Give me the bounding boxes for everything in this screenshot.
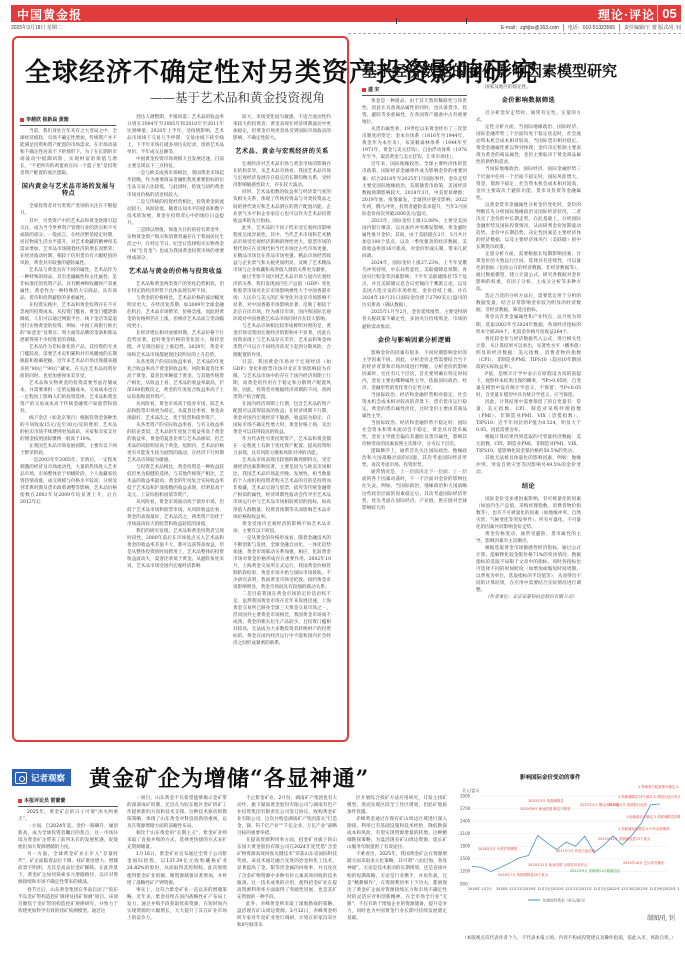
bottom-article-headline: 黄金矿企为增储“各显神通” <box>89 762 369 793</box>
paragraph: 逻辑顺序上，通常首先关注国际政治、地缘政治和大国战略层面的问题，其次考虑国际经济… <box>362 448 467 469</box>
svg-text:2019年 12月31日: 2019年 12月31日 <box>524 886 553 891</box>
paragraph: 从各类资产的实际收益率看，与名义收益率的结论类似，艺术品的年度复合收益率高于黄金… <box>127 422 224 464</box>
paragraph: 相比于山东黄金的“长期主义”，紫金矿业则采取了直接并购的方式，选择更快捷的方式来… <box>127 830 227 851</box>
svg-text:1500: 1500 <box>460 856 471 861</box>
paragraph: 二是目前我国在黄金市场的定价话语权不足。虽然我国黄金市场在近年来发展迅速，上海黄… <box>233 591 331 647</box>
byline-text: 盛 宋 <box>368 87 379 93</box>
chart-legend: 伦敦现货黄金（美元/盎司） <box>528 897 587 902</box>
newspaper-logo: 中国黄金报 <box>17 6 82 23</box>
bottom-article-byline: 本报评论员 雷蕾蕾 <box>18 797 65 804</box>
divider-tick <box>466 18 467 24</box>
side-article-col-2: 国家及地区的稳定性。金价影响数据筛选近分析金价走势时，通常有定性、定量的方式。定… <box>476 84 581 740</box>
byline-rule <box>18 806 118 807</box>
svg-text:900: 900 <box>460 881 468 886</box>
paragraph: P值，是统计计学中表示在原假设为真的前提下，观察样本结果出现的概率，当P>0.0… <box>476 371 581 399</box>
paragraph: 与投资艺术品相比，黄金投资是一种收益较低但更为稳健的选择。与其他传统资产相比，艺… <box>127 464 224 499</box>
paragraph: 艺术品和实物黄金的投资需要考虑存储成本，并需要承担一定的运输成本。交易成本也在一… <box>20 380 117 415</box>
chart-credit: 制图/孔 钊 <box>647 913 675 922</box>
paragraph: 与艺术品市场相比较形成鲜明对照的是，黄金市场受我国宏观经济的影响并不显著，因此在… <box>233 323 331 358</box>
paragraph: 通常情况是，上一层面决定下一层面；上一层面的各个因素动荡时，下一个层面对金价的影… <box>362 469 467 511</box>
svg-text:2019年12月 新冠疫情 全球经济受冲击: 2019年12月 新冠疫情 全球经济受冲击 <box>528 862 588 867</box>
paragraph: 艺术品作为非标准化的产品，其投资的专业门槛较高，需要艺术史积累和对市场潮流的长期… <box>20 344 117 379</box>
paragraph: 2025年1月至2月，金价延续涨势，主要受特朗普关税政策不确定性、多国央行持续购… <box>362 309 467 330</box>
section-heading: 国内黄金与艺术品市场的发展与特点 <box>20 183 117 197</box>
paragraph: 当国际地缘政治、国际经济、国际金融形势三个层面中任何一个层面不稳定时，国际风险增… <box>476 166 581 201</box>
svg-text:1.特朗普关税政策不确定 2.多国央行持续购金: 1.特朗普关税政策不确定 2.多国央行持续购金 <box>638 784 680 789</box>
red-square-icon <box>20 118 24 122</box>
paragraph: 根据选取黄金市场敏感性经济指标，通过公式计算，能解释化较金银价格71%的变动情况… <box>476 545 581 594</box>
red-square-icon <box>362 88 366 92</box>
paragraph: 一是从黄金的价格形成看，随着金融技术的不断创新与发展，全球金融自由化、一体化趋势… <box>233 535 331 591</box>
svg-text:2023年 12月29日: 2023年 12月29日 <box>636 886 665 891</box>
svg-text:2021年1月 拜登当选总统: 2021年1月 拜登当选总统 <box>556 848 596 853</box>
section-heading: 金价与影响因素分析逻辑 <box>362 337 467 344</box>
tag-label: 记者观察 <box>31 772 65 784</box>
paragraph: 区开展综合找矿方法应用研究，开发主找矿模型，进而实现区段全工作区规划，但此矿地质… <box>347 795 447 816</box>
paragraph: 以黄金货币金融属性分析金价变化时，金价的判断首先分析国际地缘政治及国际经济状况，… <box>476 202 581 251</box>
svg-text:1.美联储降息75个基点 2.美国大选引发市场担忧: 1.美联储降息75个基点 2.美国大选引发市场担忧 <box>618 794 680 799</box>
paragraph: 作为代表性另类投资资产，艺术品和黄金都在一定程度上有助于优化资产配置、提高投资组… <box>233 436 331 457</box>
main-article-col-3: 较大，市场变化较为敏感，不适合流动性约束较大的投资者；黄金表现在经济周期波动中更… <box>233 114 331 741</box>
section-title: 理论·评论 <box>598 6 655 23</box>
svg-text:2022年 12月30日: 2022年 12月30日 <box>608 886 637 891</box>
svg-text:2023年10月 巴以冲突爆发: 2023年10月 巴以冲突爆发 <box>623 860 665 865</box>
paragraph: 因此，计算结果中需要保留了的自变量有：常量、美元指数、CPI、制造业采购经理指数… <box>476 399 581 434</box>
svg-text:2100: 2100 <box>460 831 471 836</box>
main-article-byline: 李越欣 崔新焱 黄衡 <box>20 116 69 123</box>
paragraph: 定量分析方面，需要根据长短期影响因素，计算金价的大致运行区间。选择具有连续性，可… <box>476 251 581 293</box>
section-heading: 艺术品与黄金的价格与投资收益 <box>127 268 224 275</box>
paragraph: 全球投资者对另类资产类别的关注在不断提升。 <box>20 203 117 217</box>
svg-text:2025年 1月31日: 2025年 1月31日 <box>664 886 680 891</box>
paragraph: 一是与欧美成熟市场相比，我国黄金市场起步较晚，作为重要商品金融化程度重要指标的衍… <box>127 170 224 198</box>
issue-date: 2025年3月18日 星期二 <box>11 24 62 31</box>
svg-text:2022年9月 美联储11次紧缩加息: 2022年9月 美联储11次紧缩加息 <box>570 868 621 873</box>
svg-text:2018年 12月31日: 2018年 12月31日 <box>496 886 525 891</box>
svg-text:1200: 1200 <box>460 869 471 874</box>
paragraph: 此外，赤峰黄金则采取了深地勘探的策略，盘活现有矿山周边资源。3月12日，赤峰黄金… <box>237 901 337 929</box>
masthead-bar: 中国黄金报 理论·评论 05 <box>11 5 681 22</box>
paragraph: 二是与传统的投资经营相比，投资黄金的流动较小，风险较低，随着认知水平的提高和数字… <box>127 199 224 227</box>
reporter-observation-banner: 记者观察 黄金矿企为增储“各显神通” <box>12 762 369 793</box>
paragraph: 根据计算结果得到选取的可变量经济数据：美元指数、CPI、制造业PMI、非制造业P… <box>476 434 581 455</box>
paragraph: 艺术品市场表现出较强的顺周期特点，受宏观经济因素影响显著，主要是因为与欧美市场相… <box>233 457 331 520</box>
paragraph: 从货币属性看，19世纪以来黄金经历了三次货币制度的变迁：金本位体系（1816年至… <box>362 126 467 161</box>
paragraph: 在我国艺术品市场发展初期，主要有以下两个繁荣阶段。 <box>20 443 117 457</box>
paragraph: 三是除以增值、保值为目的的持有黄金外，实物黄金资产购买和消费普遍存在于我国居民生… <box>127 227 224 262</box>
svg-text:1.美联储连续降息 2.中东局势紧张: 1.美联储连续降息 2.中东局势紧张 <box>618 826 670 831</box>
svg-text:2021年 12月31日: 2021年 12月31日 <box>580 886 609 891</box>
paragraph: 宏观经济对艺术品市场与黄金市场的影响存在结构差异。从艺术品市场看，我国艺术品市场… <box>233 161 331 189</box>
svg-text:伦敦现货黄金（美元/盎司）: 伦敦现货黄金（美元/盎司） <box>543 897 587 902</box>
paragraph: 一是2003年至2005年，非典后，一定程度刺激的经济及市场流动性，大量的热钱进… <box>20 457 117 506</box>
contact-line: E-mail：zghjbs@163.com 电话：010-51323565 责任… <box>497 24 681 31</box>
paragraph: 事实上，这符合紫金矿业一直以来的增储策略，近年来，紫金持续在国内战略性矿产布局上… <box>127 887 227 922</box>
paragraph: 在经济增长相对放缓时期，艺术品价格下行趋势显著，此时黄金价格的变化较小，保持坚挺… <box>127 330 224 358</box>
paragraph: 在投资实践中，艺术品和黄金投资存在不可忽视的投资成本。从投资门槛看，黄金门槛逐渐… <box>20 302 117 344</box>
bottom-article-col-1: 2025年，黄金矿企的日子可谓“冰火两重天”。一方面，自2024年起，金价一路飙… <box>18 809 118 959</box>
main-article-subtitle: ——基于艺术品和黄金投资视角 <box>150 88 325 106</box>
svg-text:2023年3月 美国银行危机: 2023年3月 美国银行危机 <box>608 802 648 807</box>
paragraph: 春节过后，山东黄金集团在华南启动了“胶东半岛金矿带构造控矿规律及找矿预测”项目。… <box>18 887 118 915</box>
paragraph: 通过考察不同区域艺术品市场与国内宏观经济的关系，我们发现国内生产总值（GDP）变… <box>233 274 331 323</box>
page-number: 05 <box>657 5 681 22</box>
svg-text:2700: 2700 <box>460 806 471 811</box>
paragraph: 近分析金价走势时，通常有定性、定量的方式。 <box>476 110 581 124</box>
paragraph: 黄金价格变动，通常受避险、货币属性的主导，影响因素有主次顺序。 <box>476 531 581 545</box>
svg-text:2400: 2400 <box>460 818 471 823</box>
phone: 电话：010-51323565 <box>563 24 615 31</box>
paragraph: 其中，另类资产中的艺术品和黄金逐渐引起关注，成为当今世界资产管理行业的热点和不可… <box>20 218 117 267</box>
paragraph: 近年来，国际地缘政治、全球主要经济体的货币政策、国际经济金融事件成为影响金价的重… <box>362 161 467 217</box>
paragraph: 黄金受国内宏观经济的影响不如艺术品市场，主要有以下原因。 <box>233 521 331 535</box>
paragraph: 2025年，黄金矿企的日子可谓“冰火两重天”。 <box>18 809 118 823</box>
paragraph: 到达人调整期，平缓回落；艺术品的收益率分别在2004年至2005年和2010年至… <box>127 114 224 156</box>
byline-text: 李越欣 崔新焱 黄衡 <box>26 117 69 123</box>
main-article-col-1: 当前，我们身处百年未有之大变局之中，全球经济疲软，市场不确定性增加，传统资产并不… <box>20 128 117 741</box>
magnifier-doc-icon <box>15 772 27 784</box>
side-article-col-1: 黄金是一种商品，由于其天然的稀缺性与珍贵性，因此在具备商品属性的同时，也具备货币… <box>362 98 467 740</box>
svg-text:2018年7月 美联储降息25个基点: 2018年7月 美联储降息25个基点 <box>498 872 549 877</box>
divider-tick <box>396 18 397 24</box>
paragraph: 选定合适的分析方法后，需要选定用于分析的数据变量，结合日常影响金价较为明显的经济… <box>476 293 581 314</box>
svg-text:2020年 12月31日: 2020年 12月31日 <box>552 886 581 891</box>
paragraph: 在国内经济周期上行期，包含艺术品的资产配置可以获得较高的收益；在经济周期下行期，… <box>233 401 331 436</box>
email: E-mail：zghjbs@163.com <box>497 24 559 31</box>
byline-text: 本报评论员 雷蕾蕾 <box>24 798 65 804</box>
svg-text:2018年 1月2日: 2018年 1月2日 <box>468 886 492 891</box>
paragraph: 从各类资产的实际收益率看，艺术品的年度复合收益率高于黄金的收益率，风险和夏普比率… <box>127 359 224 401</box>
svg-text:1800: 1800 <box>460 844 471 849</box>
paragraph: 黄金是一种商品，由于其天然的稀缺性与珍贵性，因此在具备商品属性的同时，也具备货币… <box>362 98 467 126</box>
paragraph: 当国际政治、经济和金融形势不稳定时，国际社会资本和资本流动会不稳定，黄金具有货币… <box>362 420 467 448</box>
paragraph: 2023年，国际金价上涨13.08%，主要受美国国内银行爆雷，以及加沙冲突爆发影… <box>362 218 467 260</box>
paragraph: 定性分析方面，当国际地缘政治、国际经济、国际金融形势三个层面均处于稳定状态时，社… <box>476 124 581 166</box>
side-article-byline: 盛 宋 <box>362 86 379 93</box>
bottom-article-col-4: 区开展综合找矿方法应用研究，开发主找矿模型，进而实现区段全工作区规划，但此矿地质… <box>347 795 447 960</box>
paragraph: 不难看出，2025年，我国黄金矿企在资源增储方面采取多元化策略，其可谓“八仙过海… <box>347 851 447 921</box>
paragraph: 黄金具有贵金属属性和产业特点，以月度为周期，选取2003年至2024年数据，各项… <box>476 314 581 335</box>
paragraph: 1月16日，紫金矿业宣布通过全资子公司紫金国际控股，以137.29亿元收购藏格矿… <box>127 851 227 886</box>
paragraph: 赤峰黄金通过在现有矿山周边区域进行深入勘探，利用已有基础设施和技术经验，降低勘探… <box>347 816 447 851</box>
paragraph: 影响金价的因素有很多，不同时期影响金价的主导因素不同，因此，分析金价走势需要结合… <box>362 350 467 392</box>
paragraph: 不止紫金矿业，2月份，湖南矿产集团也有大动作，旗下湖南黄金股份有限公司与湖南有色… <box>237 795 337 837</box>
chart-annotations: 2018年3月 中美贸易摩擦2018年7月 美联储降息25个基点2019年12月… <box>478 784 680 877</box>
section-heading: 艺术品、黄金与宏观经济的关系 <box>233 148 331 155</box>
paragraph: 此外，艺术品的不同子档未受宏观经济影响程度呈尾异质性。其中，当代艺术市场和艺术精… <box>233 225 331 274</box>
paragraph: 中国黄金投资市场规模大且发展迅速，目前主要呈现以下三点特征。 <box>127 156 224 170</box>
paragraph: 国家及地区的稳定性。 <box>476 84 581 91</box>
side-article-title: 基于经济数据的金价影响因素模型研究 <box>362 60 617 81</box>
paragraph: 艺术品和黄金两类资产的变化趋势相似，但在特定的经济形势下具体表现有所不同。 <box>127 281 224 295</box>
paragraph: 在提高资源利用率方面，招金矿业旗下的山东国大黄金股份有限公司在2024年度凭借“… <box>237 837 337 900</box>
editors: 责任编辑/王 蕾 版式/孔 钊 <box>619 24 681 31</box>
paragraph: 一方面，自2024年起，金价一路飙升，屡创新高，成为全球投资者瞩目的焦点，这一市… <box>18 823 118 851</box>
byline-rule <box>362 95 467 96</box>
paragraph: 当国际政治、经济和金融形势相对稳定，社会资本机会成本相对较高的背景下，货币货币运… <box>362 392 467 420</box>
article-note: （作者单位：北京安泰科信息股份有限公司） <box>476 594 581 601</box>
paragraph: 从风险看，黄金市场波动高于债券市场，但低于艺术品市场和股票市场。从风险收益比看，… <box>127 499 224 527</box>
svg-text:美元/盎司: 美元/盎司 <box>462 787 479 793</box>
paragraph: 我们的研究发现，艺术品和黄金投资者呈现时段性，2000年前后在市场低点买入艺术品… <box>127 528 224 570</box>
paragraph: 另一方面，全球黄金矿业正步入“存量时代”，矿企面临着品位下降、找矿难度增大、增储… <box>18 851 118 886</box>
svg-text:2022年11月 美联储加息75个基点: 2022年11月 美联储加息75个基点 <box>598 836 651 841</box>
main-article-col-2: 到达人调整期，平缓回落；艺术品的收益率分别在2004年至2005年和2010年至… <box>127 114 224 741</box>
paragraph: 从风险看，黄金市场高于债券市场，较艺术品和股票市场更为稳定。从夏普比率看，黄金表… <box>127 401 224 422</box>
paragraph: 线下金店（如北京菜百）根据投资金条种类的不同收取15元/克至30元/克的费用；艺… <box>20 415 117 443</box>
gold-price-chart: 美元/盎司9001200150018002100240027003000 201… <box>458 780 680 910</box>
svg-text:2020年8月 新冠疫情 降息不降准: 2020年8月 新冠疫情 降息不降准 <box>520 806 571 811</box>
section-heading: 金价影响数据筛选 <box>476 97 581 104</box>
byline-rule <box>20 125 116 126</box>
header-rule <box>348 33 681 34</box>
bottom-article-col-3: 不止紫金矿业，2月份，湖南矿产集团也有大动作，旗下湖南黄金股份有限公司与湖南有色… <box>237 795 337 960</box>
paragraph: 较大，市场变化较为敏感，不适合流动性约束较大的投资者；黄金表现在经济周期波动中更… <box>233 114 331 142</box>
bottom-article-col-2: 一项目，山东黄金不仅希望能够揭示金矿带的深部成矿机制，还旨在为胶东地区金矿找矿工… <box>127 795 227 960</box>
paragraph: 同时，艺术品指数的收益率与经济景气度的负相关关系，体现了传统投资品与另类投资品之… <box>233 189 331 224</box>
paragraph: 国际金价受多重因素影响，有可被量化的因素（如国内生产总值、采购经理指数、消费者物… <box>476 496 581 531</box>
column-tag: 记者观察 <box>12 769 71 786</box>
paragraph: 2024年，国际金价上涨27.23%，上半年受俄乌冲突持续、中东局势恶化、美联储… <box>362 260 467 309</box>
paragraph: 目前，我国黄金市场对于宏观经济（如GDP）变化和股票市场对北京市场影响较为有限。… <box>233 359 331 401</box>
paragraph: 一项目，山东黄金不仅希望能够揭示金矿带的深部成矿机制，还旨在为胶东地区金矿找矿工… <box>127 795 227 830</box>
paragraph: 与黄金的价格相比，艺术品价格的波动幅度明显更大，在经济复苏期，如2009年全球金… <box>127 295 224 330</box>
svg-text:2018年3月 中美贸易摩擦: 2018年3月 中美贸易摩擦 <box>478 846 518 851</box>
section-heading: 结论 <box>476 483 581 490</box>
paragraph: 当前，我们身处百年未有之大变局之中，全球经济疲软，市场不确定性增加，传统资产并不… <box>20 128 117 177</box>
svg-text:1.地缘政治不确定 2.美联储降息预期: 1.地缘政治不确定 2.美联储降息预期 <box>626 814 680 819</box>
red-square-icon <box>18 799 22 803</box>
svg-text:2020年3月 美联储降息: 2020年3月 美联储降息 <box>528 798 564 803</box>
svg-text:3000: 3000 <box>460 793 471 798</box>
paragraph: 艺术品与黄金具有不同的属性。艺术品作为一种特殊的商品，其有金融属性和文化属性，是… <box>20 267 117 302</box>
paragraph: 将化较金价与经济数据代入公式，进行相关性计算，从计算结果可以看出，显著性水平（概… <box>476 336 581 371</box>
paragraph: 其他无法被具体量化的影响因素，例如：地缘冲突、突发自然灾害等因影响另49.5%的… <box>476 455 581 476</box>
chart-x-labels: 2018年 1月2日2018年 12月31日2019年 12月31日2020年 … <box>468 886 680 891</box>
disclaimer: （本版观点仅代表作者个人，不代表本报立场。内容不构成投资建议及操作指南，依此入市… <box>462 935 678 942</box>
